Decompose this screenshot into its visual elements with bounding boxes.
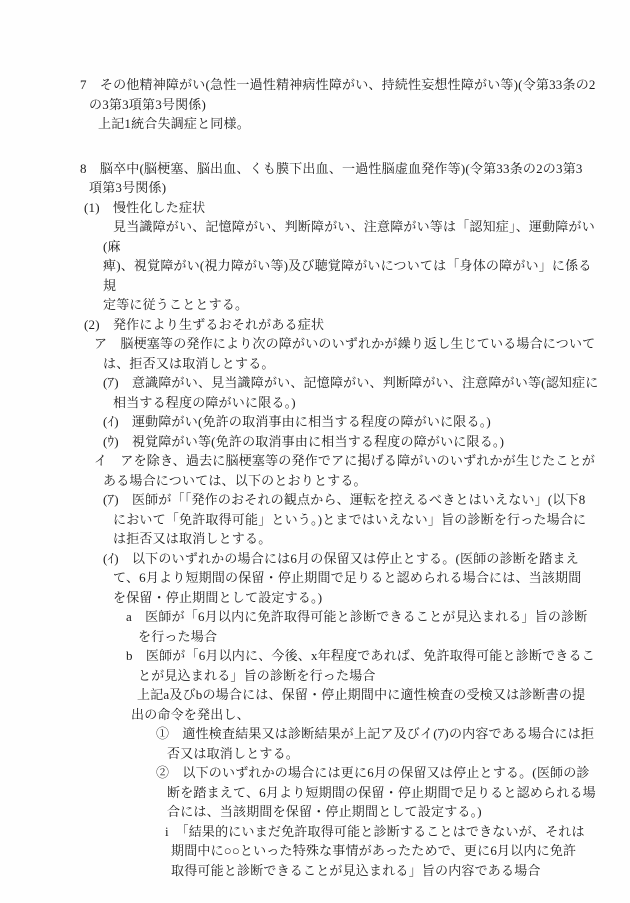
item-a-sub-1: (ｱ) 意識障がい、見当識障がい、記憶障がい、判断障がい、注意障がい等(認知症に… [80, 373, 600, 412]
section-1-heading: (1) 慢性化した症状 [80, 198, 600, 218]
item-i-sub-2-note: 上記a及びbの場合には、保留・停止期間中に適性検査の受検又は診断書の提 出の命令… [80, 685, 600, 724]
document-page: 7 その他精神障がい(急性一過性精神病性障がい、持続性妄想性障がい等)(令第33… [0, 0, 630, 903]
item-i-sub-1: (ｱ) 医師が「「発作のおそれの観点から、運転を控えるべきとはいえない」(以下8… [80, 490, 600, 549]
item-a-paragraph: ア 脳梗塞等の発作により次の障がいのいずれかが繰り返し生じている場合について は… [80, 334, 600, 373]
item-i-sub-2-b: b 医師が「6月以内に、今後、x年程度であれば、免許取得可能と診断できるこ とが… [80, 646, 600, 685]
item-circled-2: ② 以下のいずれかの場合には更に6月の保留又は停止とする。(医師の診 断を踏まえ… [80, 763, 600, 822]
item-roman-i: i 「結果的にいまだ免許取得可能と診断することはできないが、それは 期間中に○○… [80, 822, 600, 881]
section-1-body: 見当識障がい、記憶障がい、判断障がい、注意障がい等は「認知症」、運動障がい(麻 … [80, 217, 600, 315]
item-circled-1: ① 適性検査結果又は診断結果が上記ア及びイ(ｱ)の内容である場合には拒 否又は取… [80, 724, 600, 763]
item-a-sub-2: (ｲ) 運動障がい(免許の取消事由に相当する程度の障がいに限る。) [80, 412, 600, 432]
section-2-heading: (2) 発作により生ずるおそれがある症状 [80, 315, 600, 335]
item-i-sub-2-a: a 医師が「6月以内に免許取得可能と診断できることが見込まれる」旨の診断 を行っ… [80, 607, 600, 646]
item-i-paragraph: イ アを除き、過去に脳梗塞等の発作でアに掲げる障がいのいずれかが生じたことが あ… [80, 451, 600, 490]
item-7-body: 上記1統合失調症と同様。 [80, 114, 600, 134]
item-7-heading: 7 その他精神障がい(急性一過性精神病性障がい、持続性妄想性障がい等)(令第33… [80, 75, 600, 114]
item-8-heading: 8 脳卒中(脳梗塞、脳出血、くも膜下出血、一過性脳虚血発作等)(令第33条の2の… [80, 159, 600, 198]
item-i-sub-2: (ｲ) 以下のいずれかの場合には6月の保留又は停止とする。(医師の診断を踏まえ … [80, 549, 600, 608]
item-a-sub-3: (ｳ) 視覚障がい等(免許の取消事由に相当する程度の障がいに限る。) [80, 432, 600, 452]
